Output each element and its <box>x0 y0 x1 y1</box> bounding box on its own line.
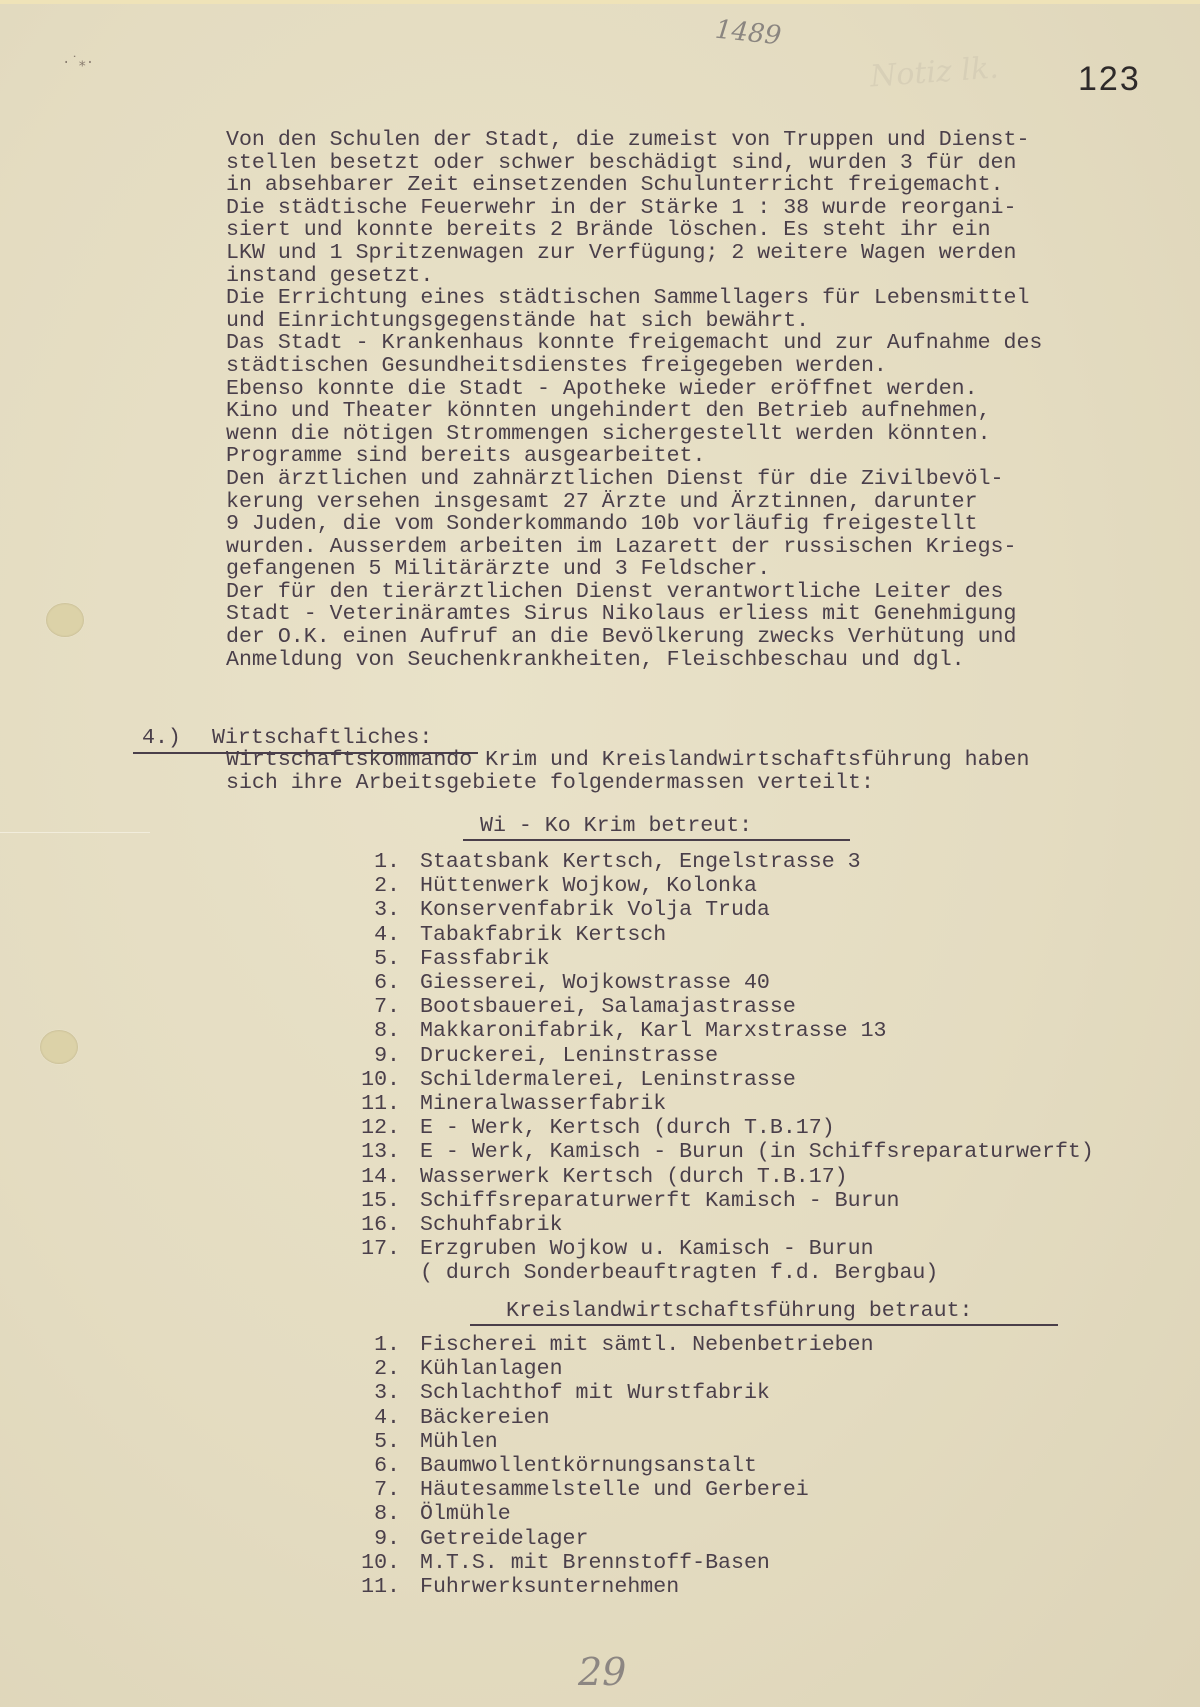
body-line: wenn die nötigen Strommengen sichergeste… <box>226 423 1042 446</box>
list-item: 11.Mineralwasserfabrik <box>320 1092 1094 1116</box>
section-title: Wirtschaftliches: <box>212 726 432 750</box>
list-item: 7.Bootsbauerei, Salamajastrasse <box>320 995 1094 1019</box>
list-item: 7.Häutesammelstelle und Gerberei <box>320 1478 874 1502</box>
list-item-number: 1. <box>320 850 400 874</box>
list-item-text: M.T.S. mit Brennstoff-Basen <box>400 1551 770 1575</box>
list-item-text: Makkaronifabrik, Karl Marxstrasse 13 <box>400 1019 887 1043</box>
list-item-text: Bootsbauerei, Salamajastrasse <box>400 995 796 1019</box>
list-item-number: 3. <box>320 898 400 922</box>
list-item: 13.E - Werk, Kamisch - Burun (in Schiffs… <box>320 1140 1094 1164</box>
body-line: 9 Juden, die vom Sonderkommando 10b vorl… <box>226 513 1042 536</box>
list-item: 6.Giesserei, Wojkowstrasse 40 <box>320 971 1094 995</box>
list-item-text: Mühlen <box>400 1430 498 1454</box>
list-item-number: 15. <box>320 1189 400 1213</box>
section-heading: 4.)Wirtschaftliches: <box>142 727 432 750</box>
list-item-text: Fischerei mit sämtl. Nebenbetrieben <box>400 1333 874 1357</box>
list-item: 2.Hüttenwerk Wojkow, Kolonka <box>320 874 1094 898</box>
list-item-text: Schlachthof mit Wurstfabrik <box>400 1381 770 1405</box>
list-item-number: 14. <box>320 1165 400 1189</box>
list-item-text: ( durch Sonderbeauftragten f.d. Bergbau) <box>400 1261 938 1285</box>
list-item-number: 4. <box>320 1406 400 1430</box>
body-line: kerung versehen insgesamt 27 Ärzte und Ä… <box>226 491 1042 514</box>
list-item: 10.M.T.S. mit Brennstoff-Basen <box>320 1551 874 1575</box>
list-item-number: 6. <box>320 971 400 995</box>
body-line: Die städtische Feuerwehr in der Stärke 1… <box>226 197 1042 220</box>
body-line: und Einrichtungsgegenstände hat sich bew… <box>226 310 1042 333</box>
list-item-text: Tabakfabrik Kertsch <box>400 923 666 947</box>
list-item-text: Getreidelager <box>400 1527 588 1551</box>
section-number: 4.) <box>142 727 212 750</box>
list-item: 11.Fuhrwerksunternehmen <box>320 1575 874 1599</box>
list-item: 5.Mühlen <box>320 1430 874 1454</box>
body-line: stellen besetzt oder schwer beschädigt s… <box>226 152 1042 175</box>
list-item-text: Staatsbank Kertsch, Engelstrasse 3 <box>400 850 861 874</box>
list-item-number: 11. <box>320 1092 400 1116</box>
list-item-number: 12. <box>320 1116 400 1140</box>
list-item-text: E - Werk, Kertsch (durch T.B.17) <box>400 1116 835 1140</box>
body-line: LKW und 1 Spritzenwagen zur Verfügung; 2… <box>226 242 1042 265</box>
list-item: 9.Druckerei, Leninstrasse <box>320 1044 1094 1068</box>
kreis-heading-underline <box>470 1324 1058 1326</box>
list-item: 4.Bäckereien <box>320 1406 874 1430</box>
list-item: 12.E - Werk, Kertsch (durch T.B.17) <box>320 1116 1094 1140</box>
list-item-text: Konservenfabrik Volja Truda <box>400 898 770 922</box>
list-item: 17.Erzgruben Wojkow u. Kamisch - Burun <box>320 1237 1094 1261</box>
list-item: 14.Wasserwerk Kertsch (durch T.B.17) <box>320 1165 1094 1189</box>
list-item-text: Schildermalerei, Leninstrasse <box>400 1068 796 1092</box>
list-item-number: 7. <box>320 995 400 1019</box>
body-line: in absehbarer Zeit einsetzenden Schulunt… <box>226 174 1042 197</box>
paper-top-edge <box>0 0 1200 4</box>
list-item: 4.Tabakfabrik Kertsch <box>320 923 1094 947</box>
list-item-text: Schiffsreparaturwerft Kamisch - Burun <box>400 1189 899 1213</box>
body-line: Kino und Theater könnten ungehindert den… <box>226 400 1042 423</box>
list-item-text: Kühlanlagen <box>400 1357 563 1381</box>
paper-fold-line <box>0 832 150 833</box>
ink-smudge: ·˙⁎· <box>62 54 94 71</box>
list-item-number: 3. <box>320 1381 400 1405</box>
list-item-number: 5. <box>320 947 400 971</box>
list-item: 1.Fischerei mit sämtl. Nebenbetrieben <box>320 1333 874 1357</box>
list-item-number: 11. <box>320 1575 400 1599</box>
list-item-number: 8. <box>320 1502 400 1526</box>
body-line: Den ärztlichen und zahnärztlichen Dienst… <box>226 468 1042 491</box>
list-item-number: 13. <box>320 1140 400 1164</box>
section-intro: Wirtschaftskommando Krim und Kreislandwi… <box>226 749 1029 794</box>
body-line: siert und konnte bereits 2 Brände lösche… <box>226 219 1042 242</box>
wiko-list: 1.Staatsbank Kertsch, Engelstrasse 32.Hü… <box>320 850 1094 1286</box>
list-item-number: 9. <box>320 1527 400 1551</box>
body-line: Das Stadt - Krankenhaus konnte freigemac… <box>226 332 1042 355</box>
punch-hole-top <box>46 603 84 637</box>
list-item-text: E - Werk, Kamisch - Burun (in Schiffsrep… <box>400 1140 1094 1164</box>
list-item-text: Druckerei, Leninstrasse <box>400 1044 718 1068</box>
intro-line: Wirtschaftskommando Krim und Kreislandwi… <box>226 749 1029 772</box>
list-item: 9.Getreidelager <box>320 1527 874 1551</box>
body-line: gefangenen 5 Militärärzte und 3 Feldsche… <box>226 558 1042 581</box>
list-item-text: Ölmühle <box>400 1502 511 1526</box>
body-line: instand gesetzt. <box>226 265 1042 288</box>
body-line: Der für den tierärztlichen Dienst verant… <box>226 581 1042 604</box>
list-item-text: Erzgruben Wojkow u. Kamisch - Burun <box>400 1237 874 1261</box>
list-item: 2.Kühlanlagen <box>320 1357 874 1381</box>
list-item: 16.Schuhfabrik <box>320 1213 1094 1237</box>
list-item-number: 10. <box>320 1068 400 1092</box>
list-item-text: Schuhfabrik <box>400 1213 563 1237</box>
body-line: wurden. Ausserdem arbeiten im Lazarett d… <box>226 536 1042 559</box>
list-item-number: 16. <box>320 1213 400 1237</box>
list-item: 3.Konservenfabrik Volja Truda <box>320 898 1094 922</box>
page-number: 123 <box>1078 60 1141 99</box>
handwritten-folio-number: 29 <box>578 1650 626 1694</box>
wiko-heading-underline <box>463 839 850 841</box>
body-line: Ebenso konnte die Stadt - Apotheke wiede… <box>226 378 1042 401</box>
body-line: Die Errichtung eines städtischen Sammell… <box>226 287 1042 310</box>
list-item-text: Fuhrwerksunternehmen <box>400 1575 679 1599</box>
list-item: ( durch Sonderbeauftragten f.d. Bergbau) <box>320 1261 1094 1285</box>
list-item-text: Mineralwasserfabrik <box>400 1092 666 1116</box>
list-item: 15.Schiffsreparaturwerft Kamisch - Burun <box>320 1189 1094 1213</box>
archive-number: 1489 <box>714 15 783 52</box>
list-item: 6.Baumwollentkörnungsanstalt <box>320 1454 874 1478</box>
punch-hole-bottom <box>40 1030 78 1064</box>
intro-line: sich ihre Arbeitsgebiete folgendermassen… <box>226 772 1029 795</box>
list-item-number: 7. <box>320 1478 400 1502</box>
list-item-number: 2. <box>320 1357 400 1381</box>
list-item: 10.Schildermalerei, Leninstrasse <box>320 1068 1094 1092</box>
body-line: Von den Schulen der Stadt, die zumeist v… <box>226 129 1042 152</box>
body-text: Von den Schulen der Stadt, die zumeist v… <box>226 129 1042 671</box>
list-item-number: 1. <box>320 1333 400 1357</box>
list-item-number: 6. <box>320 1454 400 1478</box>
faint-pencil-note: Notiz lk. <box>869 51 1000 95</box>
body-line: Programme sind bereits ausgearbeitet. <box>226 445 1042 468</box>
body-line: städtischen Gesundheitsdienstes freigege… <box>226 355 1042 378</box>
wiko-heading: Wi - Ko Krim betreut: <box>480 815 752 838</box>
list-item-number: 5. <box>320 1430 400 1454</box>
list-item-number <box>320 1261 400 1285</box>
list-item-text: Bäckereien <box>400 1406 550 1430</box>
list-item-number: 17. <box>320 1237 400 1261</box>
list-item: 5.Fassfabrik <box>320 947 1094 971</box>
list-item-text: Wasserwerk Kertsch (durch T.B.17) <box>400 1165 848 1189</box>
list-item-text: Hüttenwerk Wojkow, Kolonka <box>400 874 757 898</box>
list-item-text: Baumwollentkörnungsanstalt <box>400 1454 757 1478</box>
body-line: Stadt - Veterinäramtes Sirus Nikolaus er… <box>226 603 1042 626</box>
body-line: Anmeldung von Seuchenkrankheiten, Fleisc… <box>226 649 1042 672</box>
list-item-text: Häutesammelstelle und Gerberei <box>400 1478 809 1502</box>
list-item-number: 9. <box>320 1044 400 1068</box>
list-item-number: 4. <box>320 923 400 947</box>
list-item: 8.Makkaronifabrik, Karl Marxstrasse 13 <box>320 1019 1094 1043</box>
list-item-text: Giesserei, Wojkowstrasse 40 <box>400 971 770 995</box>
body-line: der O.K. einen Aufruf an die Bevölkerung… <box>226 626 1042 649</box>
list-item-number: 8. <box>320 1019 400 1043</box>
list-item: 1.Staatsbank Kertsch, Engelstrasse 3 <box>320 850 1094 874</box>
list-item-number: 2. <box>320 874 400 898</box>
kreis-list: 1.Fischerei mit sämtl. Nebenbetrieben2.K… <box>320 1333 874 1599</box>
kreis-heading: Kreislandwirtschaftsführung betraut: <box>506 1300 973 1323</box>
list-item: 3.Schlachthof mit Wurstfabrik <box>320 1381 874 1405</box>
list-item-text: Fassfabrik <box>400 947 550 971</box>
list-item-number: 10. <box>320 1551 400 1575</box>
list-item: 8.Ölmühle <box>320 1502 874 1526</box>
